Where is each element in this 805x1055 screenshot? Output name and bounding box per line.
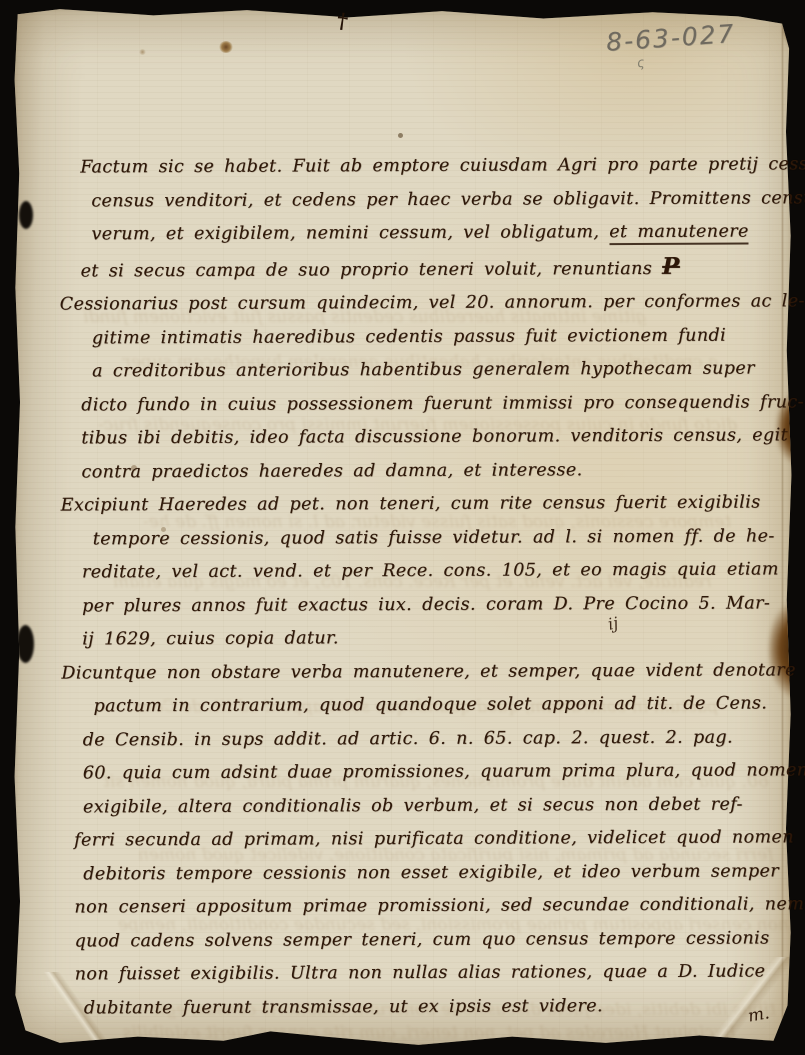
text-line: ij 1629, cuius copia datur. <box>82 620 764 656</box>
text-line: gitime intimatis haeredibus cedentis pas… <box>92 319 763 355</box>
text-line: ferri secunda ad primam, nisi purificata… <box>74 821 765 858</box>
text-line: et si secus campa de suo proprio teneri … <box>81 249 763 288</box>
text-line: dubitante fuerunt transmissae, ut ex ips… <box>84 989 766 1025</box>
text-line: pactum in contrarium, quod quandoque sol… <box>93 687 764 723</box>
manuscript-paragraph: Factum sic se habet. Fuit ab emptore cui… <box>56 148 763 288</box>
text-line: verum, et exigibilem, nemini cessum, vel… <box>91 215 762 251</box>
corner-stain <box>783 15 805 49</box>
edge-notch <box>19 201 33 229</box>
text-line: quod cadens solvens semper teneri, cum q… <box>74 922 765 959</box>
text-line: a creditoribus anterioribus habentibus g… <box>92 352 763 388</box>
text-line: tempore cessionis, quod satis fuisse vid… <box>93 520 764 556</box>
text-line: Dicuntque non obstare verba manutenere, … <box>61 654 764 691</box>
manuscript-text: Factum sic se habet. Fuit ab emptore cui… <box>56 148 766 1025</box>
text-line: contra praedictos haeredes ad damna, et … <box>81 453 763 489</box>
text-line: per plures annos fuit exactus iux. decis… <box>82 587 764 623</box>
text-line: tibus ibi debitis, ideo facta discussion… <box>81 419 763 455</box>
text-line: dicto fundo in cuius possessionem fuerun… <box>81 386 763 422</box>
manuscript-paragraph: Excipiunt Haeredes ad pet. non teneri, c… <box>58 486 765 657</box>
text-line: 60. quia cum adsint duae promissiones, q… <box>83 754 765 790</box>
text-line: non censeri appositum primae promissioni… <box>74 888 765 925</box>
edge-stain <box>769 602 805 697</box>
corner-ink-mark: m. <box>746 1003 771 1026</box>
foxing-spot <box>139 49 146 55</box>
text-line: reditate, vel act. vend. et per Rece. co… <box>82 553 764 589</box>
paragraph-end-flourish: P <box>662 252 680 279</box>
text-line: Cessionarius post cursum quindecim, vel … <box>60 285 763 322</box>
manuscript-paragraph: Cessionarius post cursum quindecim, vel … <box>57 285 764 489</box>
text-line: non fuisset exigibilis. Ultra non nullas… <box>75 955 766 992</box>
underlined-phrase: et manutenere <box>609 222 749 246</box>
manuscript-paragraph: Dicuntque non obstare verba manutenere, … <box>58 654 766 1026</box>
text-line: de Censib. in sups addit. ad artic. 6. n… <box>83 721 765 757</box>
bleedthrough-text: Excipiunt Haeredes ad pet. non teneri, c… <box>123 1023 736 1043</box>
text-segment: verum, et exigibilem, nemini cessum, vel… <box>91 222 609 244</box>
foxing-spot <box>398 133 403 138</box>
text-line: Factum sic se habet. Fuit ab emptore cui… <box>80 148 762 184</box>
text-line: Excipiunt Haeredes ad pet. non teneri, c… <box>61 486 764 523</box>
text-line: debitoris tempore cessionis non esset ex… <box>83 855 765 891</box>
text-line: exigibile, altera conditionalis ob verbu… <box>83 788 765 824</box>
edge-notch <box>17 625 34 663</box>
foxing-spot <box>219 41 233 53</box>
text-segment: et si secus campa de suo proprio teneri … <box>81 258 663 281</box>
text-line: census venditori, et cedens per haec ver… <box>91 182 762 218</box>
